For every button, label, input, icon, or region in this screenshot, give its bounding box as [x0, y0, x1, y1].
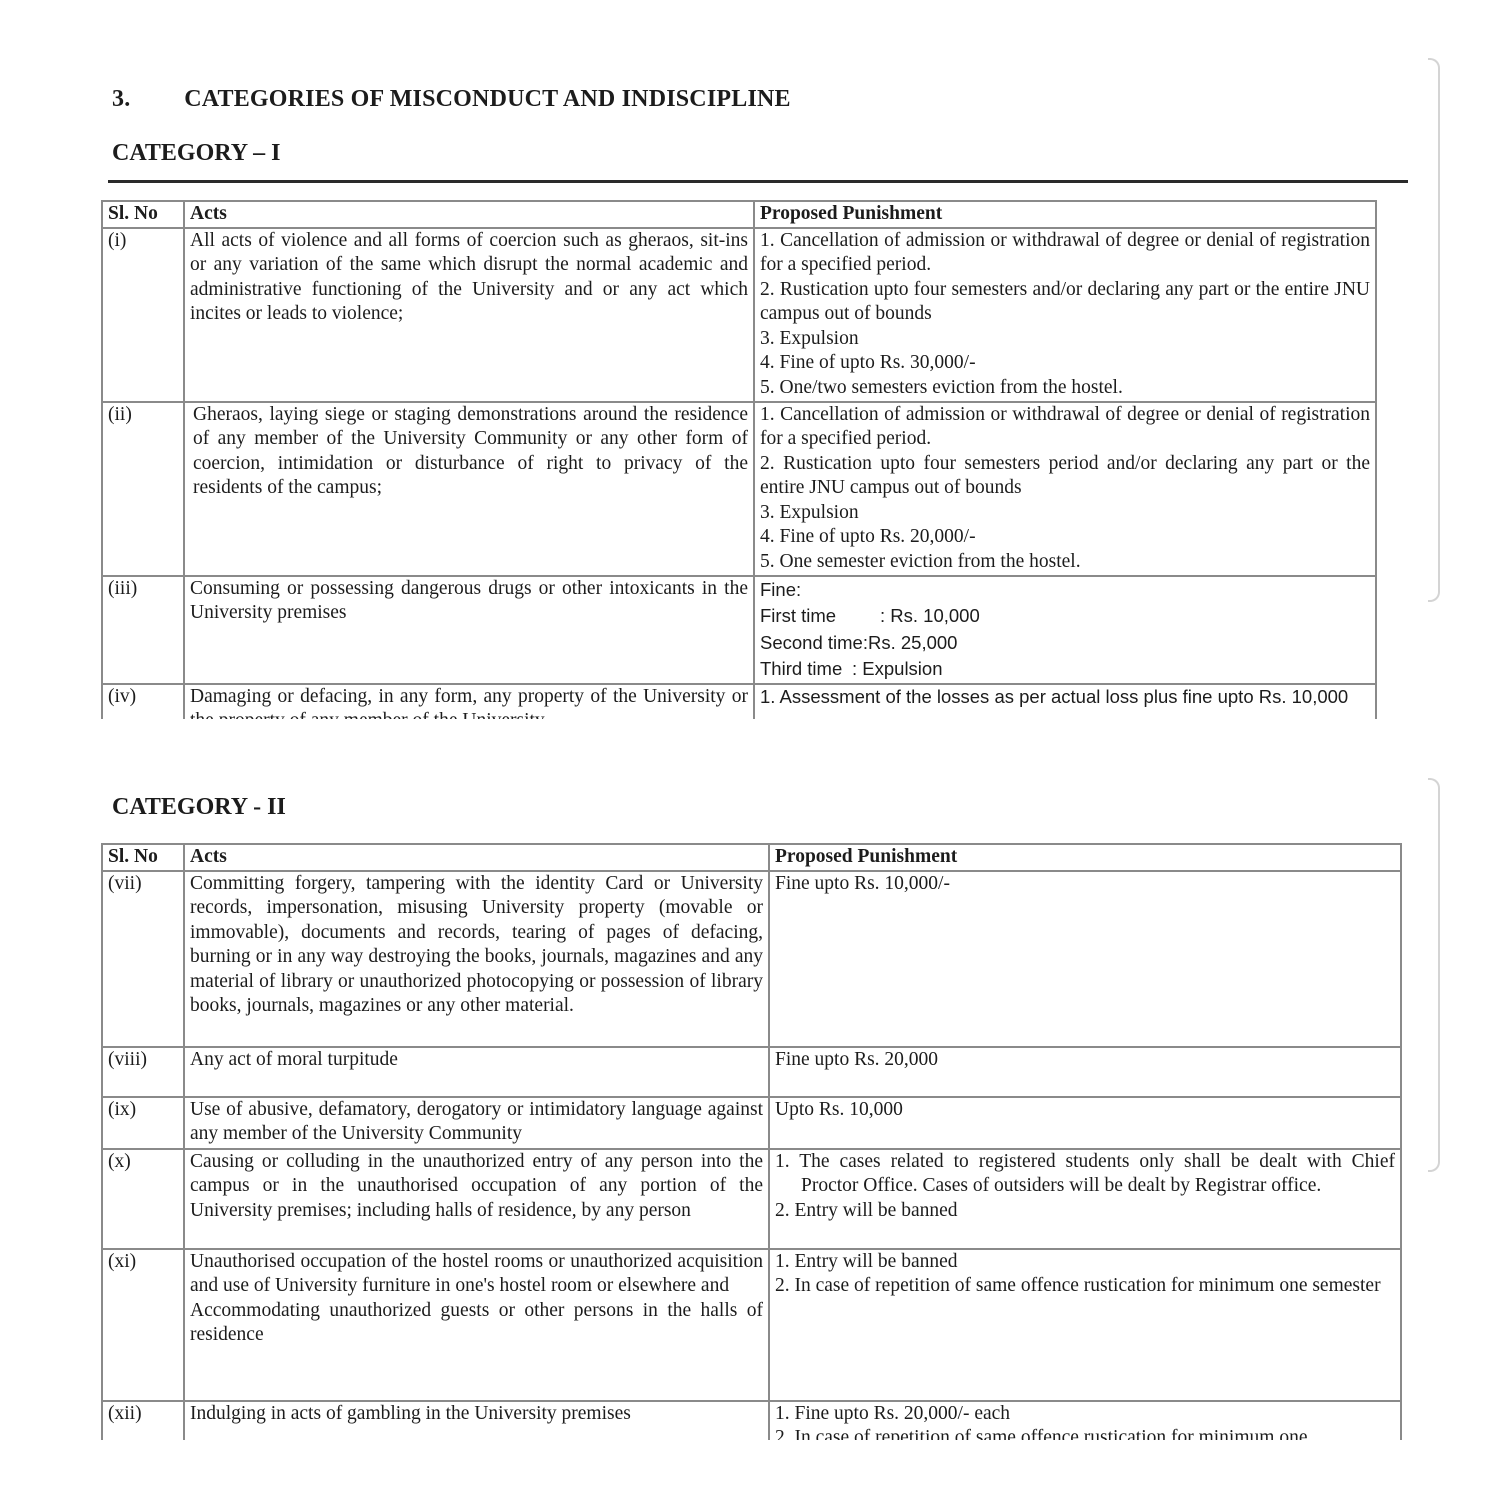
- row-sl: (xii): [102, 1401, 184, 1441]
- row-acts: Any act of moral turpitude: [184, 1047, 769, 1097]
- header-acts: Acts: [184, 201, 754, 228]
- category-1-title: CATEGORY – I: [112, 140, 281, 167]
- row-acts: Committing forgery, tampering with the i…: [184, 871, 769, 1047]
- table-row: (viii) Any act of moral turpitude Fine u…: [102, 1047, 1401, 1097]
- punishment-item: 1. Cancellation of admission or withdraw…: [760, 229, 1370, 278]
- category-1-table: Sl. No Acts Proposed Punishment (i) All …: [101, 200, 1377, 719]
- category-2-table: Sl. No Acts Proposed Punishment (vii) Co…: [101, 843, 1402, 1440]
- punishment-item: 1. The cases related to registered stude…: [775, 1150, 1395, 1199]
- fine-heading: Fine:: [760, 577, 1370, 604]
- header-acts: Acts: [184, 844, 769, 871]
- punishment-item: 3. Expulsion: [760, 327, 1370, 352]
- fine-label: First time: [760, 603, 880, 630]
- category-1-rule: [108, 180, 1408, 183]
- row-acts: Indulging in acts of gambling in the Uni…: [184, 1401, 769, 1441]
- punishment-item: 2. In case of repetition of same offence…: [775, 1426, 1395, 1440]
- fine-value: : Expulsion: [852, 658, 943, 679]
- fine-value: :Rs. 25,000: [863, 632, 958, 653]
- punishment-item: 1. Entry will be banned: [775, 1250, 1395, 1275]
- punishment-item: 1. Cancellation of admission or withdraw…: [760, 403, 1370, 452]
- table-row: (ii) Gheraos, laying siege or staging de…: [102, 402, 1376, 576]
- row-acts: Gheraos, laying siege or staging demonst…: [184, 402, 754, 576]
- header-punishment: Proposed Punishment: [754, 201, 1376, 228]
- section-title: CATEGORIES OF MISCONDUCT AND INDISCIPLIN…: [184, 86, 791, 112]
- category-2-title: CATEGORY - II: [112, 794, 286, 821]
- fine-third-time: Third time: Expulsion: [760, 656, 1370, 683]
- category-1-table-viewport: Sl. No Acts Proposed Punishment (i) All …: [95, 195, 1425, 719]
- row-acts: Consuming or possessing dangerous drugs …: [184, 576, 754, 684]
- punishment-item: 4. Fine of upto Rs. 30,000/-: [760, 351, 1370, 376]
- punishment-item: 2. Entry will be banned: [775, 1199, 1395, 1224]
- table-header-row: Sl. No Acts Proposed Punishment: [102, 201, 1376, 228]
- page-frame-edge-top: [1428, 58, 1440, 602]
- table-row: (xi) Unauthorised occupation of the host…: [102, 1249, 1401, 1401]
- header-sl-no: Sl. No: [102, 201, 184, 228]
- row-punishment: 1. Fine upto Rs. 20,000/- each 2. In cas…: [769, 1401, 1401, 1441]
- table-row: (iv) Damaging or defacing, in any form, …: [102, 684, 1376, 720]
- row-acts: Unauthorised occupation of the hostel ro…: [184, 1249, 769, 1401]
- row-punishment: Fine upto Rs. 20,000: [769, 1047, 1401, 1097]
- row-acts: Causing or colluding in the unauthorized…: [184, 1149, 769, 1249]
- punishment-item: 2. In case of repetition of same offence…: [775, 1274, 1395, 1299]
- punishment-item: 5. One/two semesters eviction from the h…: [760, 376, 1370, 401]
- punishment-item: 3. Expulsion: [760, 501, 1370, 526]
- section-heading: 3. CATEGORIES OF MISCONDUCT AND INDISCIP…: [112, 86, 791, 113]
- row-punishment: 1. Cancellation of admission or withdraw…: [754, 228, 1376, 402]
- row-punishment: Upto Rs. 10,000: [769, 1097, 1401, 1149]
- row-sl: (i): [102, 228, 184, 402]
- row-punishment: 1. Cancellation of admission or withdraw…: [754, 402, 1376, 576]
- row-punishment: 1. Entry will be banned 2. In case of re…: [769, 1249, 1401, 1401]
- punishment-item: 2. Rustication upto four semesters perio…: [760, 452, 1370, 501]
- table-row: (iii) Consuming or possessing dangerous …: [102, 576, 1376, 684]
- row-sl: (viii): [102, 1047, 184, 1097]
- table-row: (i) All acts of violence and all forms o…: [102, 228, 1376, 402]
- row-sl: (iv): [102, 684, 184, 720]
- category-2-table-viewport: Sl. No Acts Proposed Punishment (vii) Co…: [95, 838, 1425, 1440]
- act-text: Accommodating unauthorized guests or oth…: [190, 1299, 763, 1348]
- table-header-row: Sl. No Acts Proposed Punishment: [102, 844, 1401, 871]
- row-acts: All acts of violence and all forms of co…: [184, 228, 754, 402]
- punishment-item: 1. Fine upto Rs. 20,000/- each: [775, 1402, 1395, 1427]
- table-row: (xii) Indulging in acts of gambling in t…: [102, 1401, 1401, 1441]
- table-row: (vii) Committing forgery, tampering with…: [102, 871, 1401, 1047]
- page-frame-edge-bottom: [1428, 778, 1440, 1172]
- row-punishment: 1. The cases related to registered stude…: [769, 1149, 1401, 1249]
- row-sl: (xi): [102, 1249, 184, 1401]
- fine-second-time: Second time:Rs. 25,000: [760, 630, 1370, 657]
- row-sl: (ii): [102, 402, 184, 576]
- row-sl: (x): [102, 1149, 184, 1249]
- section-number: 3.: [112, 86, 178, 113]
- table-row: (x) Causing or colluding in the unauthor…: [102, 1149, 1401, 1249]
- row-sl: (iii): [102, 576, 184, 684]
- punishment-item: 2. Rustication upto four semesters and/o…: [760, 278, 1370, 327]
- row-acts: Use of abusive, defamatory, derogatory o…: [184, 1097, 769, 1149]
- row-sl: (ix): [102, 1097, 184, 1149]
- fine-first-time: First time: Rs. 10,000: [760, 603, 1370, 630]
- fine-label: Third time: [760, 656, 852, 683]
- row-acts: Damaging or defacing, in any form, any p…: [184, 684, 754, 720]
- punishment-item: 4. Fine of upto Rs. 20,000/-: [760, 525, 1370, 550]
- row-punishment: 1. Assessment of the losses as per actua…: [754, 684, 1376, 720]
- fine-value: : Rs. 10,000: [880, 605, 980, 626]
- row-punishment: Fine: First time: Rs. 10,000 Second time…: [754, 576, 1376, 684]
- fine-label: Second time: [760, 630, 863, 657]
- act-text: Unauthorised occupation of the hostel ro…: [190, 1250, 763, 1299]
- row-sl: (vii): [102, 871, 184, 1047]
- row-punishment: Fine upto Rs. 10,000/-: [769, 871, 1401, 1047]
- punishment-item: 5. One semester eviction from the hostel…: [760, 550, 1370, 575]
- table-row: (ix) Use of abusive, defamatory, derogat…: [102, 1097, 1401, 1149]
- header-sl-no: Sl. No: [102, 844, 184, 871]
- header-punishment: Proposed Punishment: [769, 844, 1401, 871]
